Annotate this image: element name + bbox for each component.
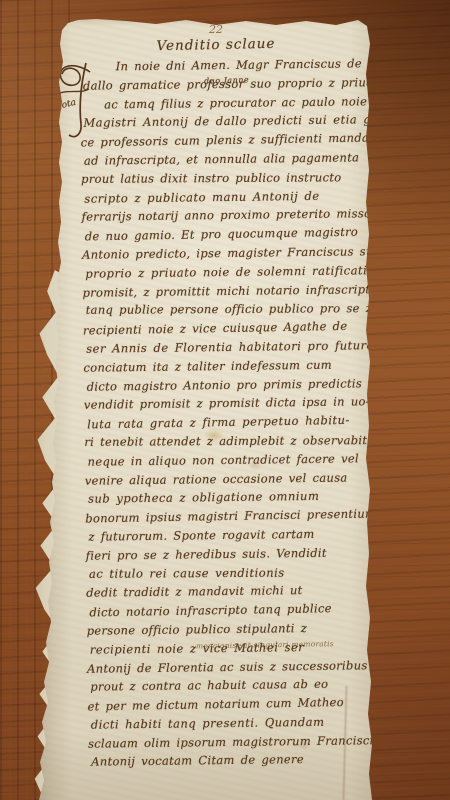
manuscript-line: ri tenebit attendet z adimplebit z obser… xyxy=(84,431,366,452)
manuscript-page: 22 Venditio sclaue nota duo Janne mencio… xyxy=(36,14,376,800)
manuscript-line: venire aliqua ratione occasione vel caus… xyxy=(85,468,367,490)
manuscript-text-block: In noie dni Amen. Magr Franciscus dedall… xyxy=(80,54,371,772)
manuscript-line: Antonij vocatam Citam de genere xyxy=(91,750,370,772)
manuscript-line: ac titulo rei cause venditionis xyxy=(89,563,368,584)
photo-scene: 22 Venditio sclaue nota duo Janne mencio… xyxy=(0,0,450,800)
manuscript-line: prout latius dixit instro publico instru… xyxy=(81,168,363,189)
manuscript-heading: Venditio sclaue xyxy=(126,35,306,55)
manuscript-line: ad infrascripta, et nonnulla alia pagame… xyxy=(84,148,363,170)
manuscript-line: fieri pro se z heredibus suis. Vendidit xyxy=(86,543,368,565)
